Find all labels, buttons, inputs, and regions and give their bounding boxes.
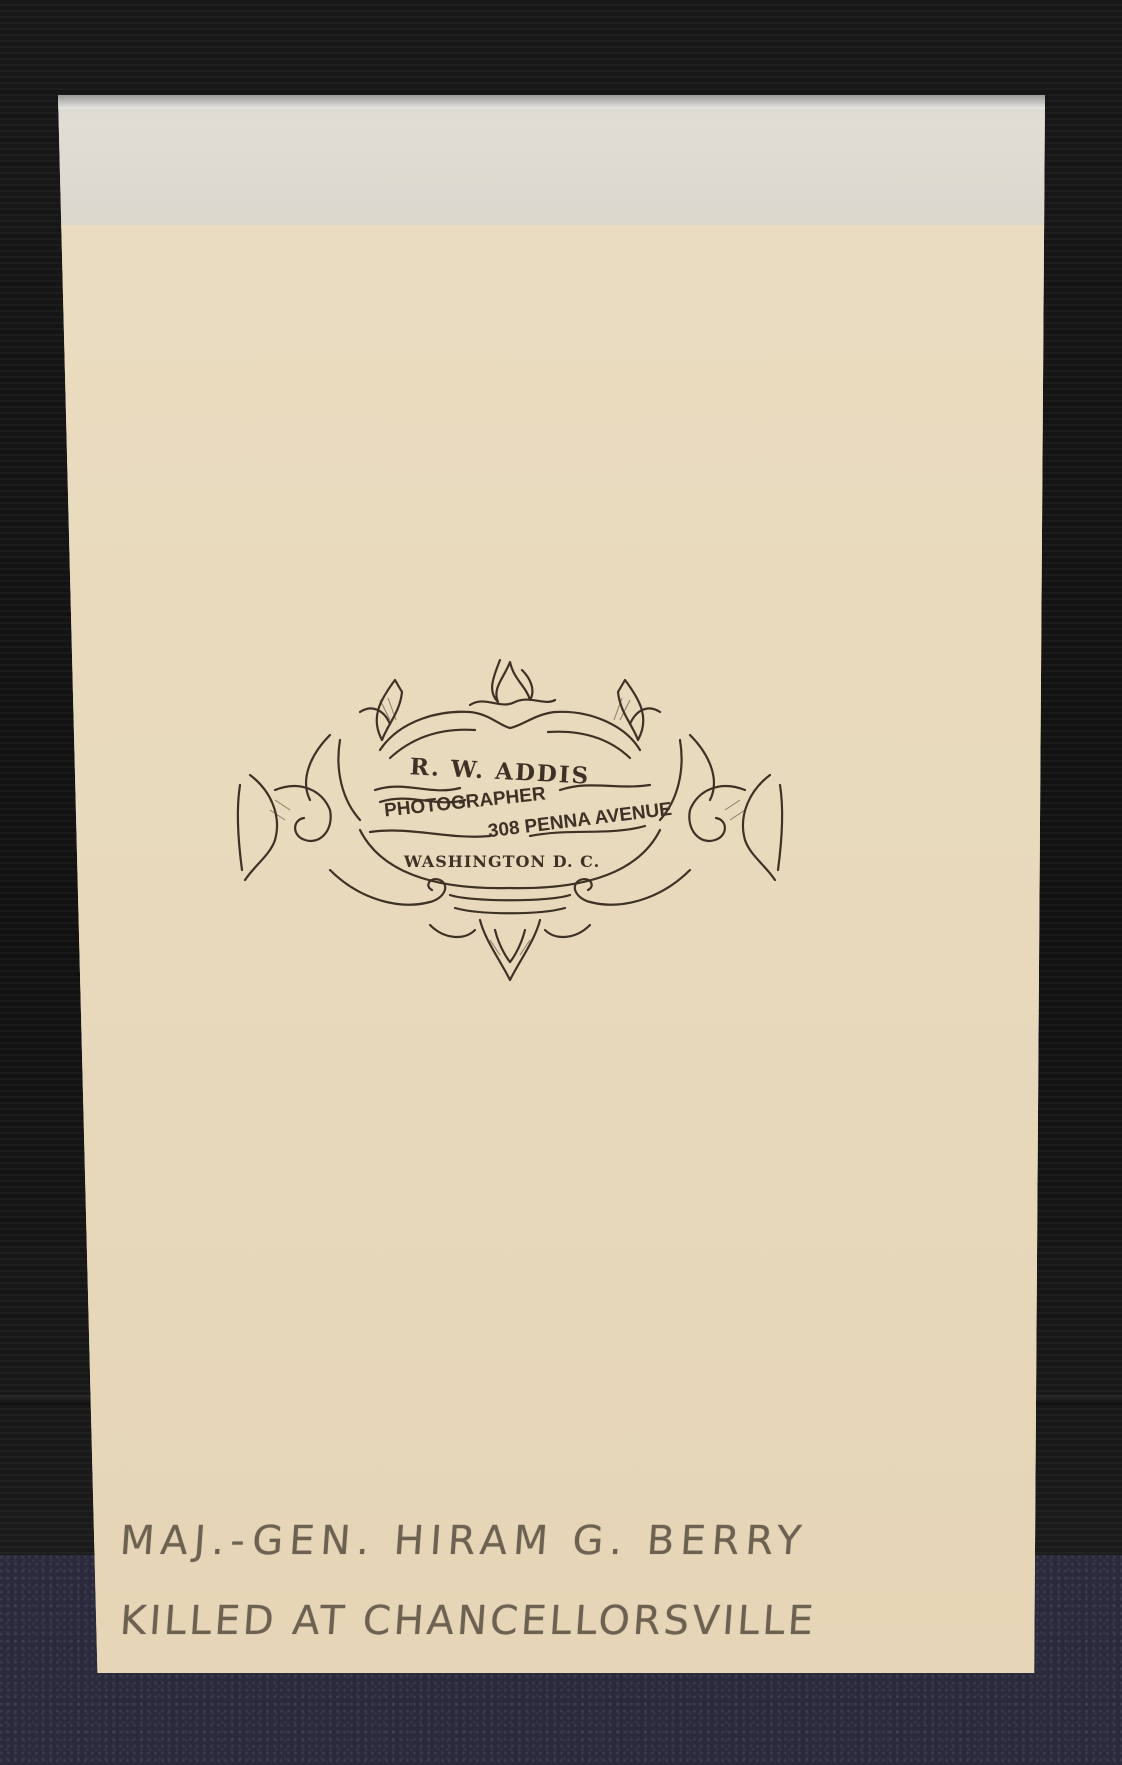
pencil-inscription-line-1: MAJ.-GEN. HIRAM G. BERRY <box>118 1518 808 1564</box>
card-top-mount-strip <box>58 95 1045 228</box>
photographer-imprint: R. W. ADDIS PHOTOGRAPHER 308 PENNA AVENU… <box>230 640 790 1000</box>
studio-city: WASHINGTON D. C. <box>222 852 782 871</box>
card-top-edge <box>58 95 1045 109</box>
pencil-inscription-line-2: KILLED AT CHANCELLORSVILLE <box>118 1598 817 1644</box>
